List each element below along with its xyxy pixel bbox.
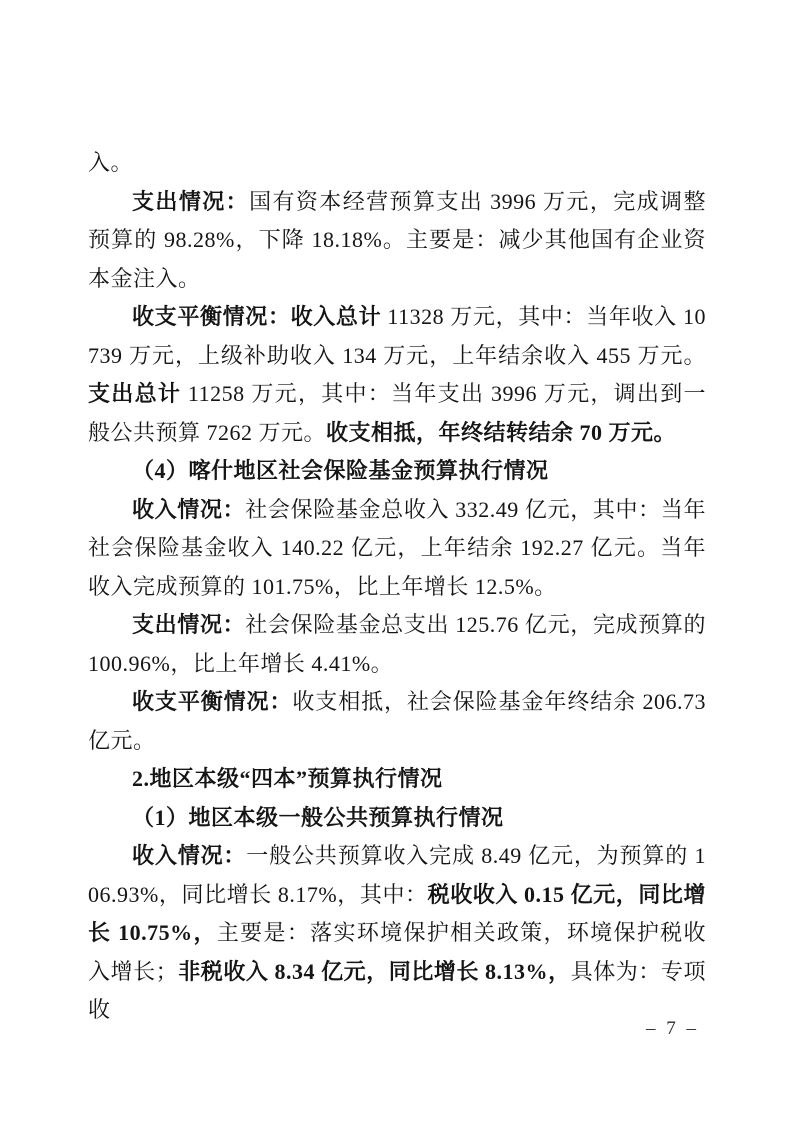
bold-text-run: 非税收入 8.34 亿元，同比增长 8.13%， [178,959,571,984]
bold-text-run: 支出总计 [88,381,181,406]
section-heading: （4）喀什地区社会保险基金预算执行情况 [88,452,706,491]
document-page: 入。支出情况：国有资本经营预算支出 3996 万元，完成调整预算的 98.28%… [0,0,793,1122]
body-paragraph: 收入情况：社会保险基金总收入 332.49 亿元，其中：当年社会保险基金收入 1… [88,491,706,607]
body-paragraph: 收入情况：一般公共预算收入完成 8.49 亿元，为预算的 106.93%，同比增… [88,837,706,1030]
bold-text-run: 2.地区本级“四本”预算执行情况 [132,766,443,791]
bold-text-run: 收支相抵，年终结转结余 70 万元。 [326,420,676,445]
body-paragraph: 收支平衡情况：收支相抵，社会保险基金年终结余 206.73 亿元。 [88,683,706,760]
body-paragraph: 支出情况：国有资本经营预算支出 3996 万元，完成调整预算的 98.28%，下… [88,183,706,299]
page-number: – 7 – [646,1016,699,1042]
text-run: 入。 [88,150,133,175]
body-paragraph: 入。 [88,144,706,183]
bold-text-run: 收支平衡情况： [132,689,292,714]
bold-text-run: 收入情况： [132,497,245,522]
bold-text-run: 收支平衡情况：收入总计 [132,304,381,329]
body-paragraph: 支出情况：社会保险基金总支出 125.76 亿元，完成预算的 100.96%，比… [88,606,706,683]
bold-text-run: 支出情况： [132,189,249,214]
bold-text-run: （1）地区本级一般公共预算执行情况 [132,805,504,830]
section-heading: （1）地区本级一般公共预算执行情况 [88,799,706,838]
bold-text-run: 收入情况： [132,843,246,868]
body-paragraph: 收支平衡情况：收入总计 11328 万元，其中：当年收入 10739 万元，上级… [88,298,706,452]
section-heading: 2.地区本级“四本”预算执行情况 [88,760,706,799]
document-body: 入。支出情况：国有资本经营预算支出 3996 万元，完成调整预算的 98.28%… [88,144,706,1030]
bold-text-run: 支出情况： [132,612,245,637]
bold-text-run: （4）喀什地区社会保险基金预算执行情况 [132,458,549,483]
